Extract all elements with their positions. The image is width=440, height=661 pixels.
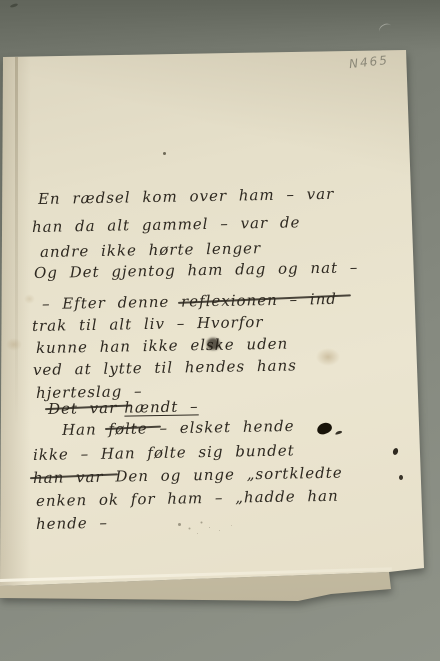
line-text: hende – xyxy=(36,514,108,533)
line-text: han da alt gammel – var de xyxy=(32,213,301,236)
pencil-scribble xyxy=(178,523,181,526)
line-text: – elsket hende xyxy=(148,417,295,438)
handwritten-line: Han følte – elsket hende xyxy=(62,417,295,439)
struck-text: Det var xyxy=(48,399,118,418)
handwritten-line: – Efter denne reflexionen – ind xyxy=(42,290,337,313)
paper-stain xyxy=(6,338,22,351)
line-text: – Efter denne xyxy=(42,293,181,313)
manuscript-page: N465 En rædsel kom over ham – var han da… xyxy=(0,0,440,661)
ink-dot xyxy=(392,447,399,455)
line-text: uden xyxy=(235,335,289,354)
handwritten-line: han da alt gammel – var de xyxy=(32,213,301,236)
line-text: En rædsel kom over ham – var xyxy=(38,185,335,208)
handwritten-line: han var Den og unge „sortkledte xyxy=(33,464,343,487)
handwritten-line: kunne han ikke elske uden xyxy=(36,335,289,357)
line-text: kunne han ikke xyxy=(36,336,191,357)
handwritten-line: andre ikke hørte lenger xyxy=(40,239,261,261)
line-text: ikke – Han følte sig bundet xyxy=(33,441,295,464)
handwritten-line: hende – xyxy=(36,514,108,533)
manuscript-photograph: N465 En rædsel kom over ham – var han da… xyxy=(0,0,440,661)
line-text: Og Det gjentog ham dag og nat – xyxy=(34,258,359,282)
handwritten-line: Det varhændt – xyxy=(48,397,199,418)
line-text: ved at lytte til hendes hans xyxy=(33,356,297,379)
line-text: Den og unge „sortkledte xyxy=(103,464,342,486)
handwritten-line: ved at lytte til hendes hans xyxy=(33,356,297,379)
struck-text: følte xyxy=(108,420,148,439)
handwritten-line: Og Det gjentog ham dag og nat – xyxy=(34,258,359,282)
fold-crease xyxy=(15,57,18,427)
line-text: trak til alt liv – Hvorfor xyxy=(32,313,264,335)
ink-blot xyxy=(316,422,333,436)
handwritten-line: ikke – Han følte sig bundet xyxy=(33,441,295,464)
blotted-text: elske xyxy=(190,336,235,355)
ink-dot xyxy=(399,475,403,480)
paper-stack: N465 En rædsel kom over ham – var han da… xyxy=(0,0,440,661)
struck-text: han var xyxy=(33,468,104,487)
catalog-number: N465 xyxy=(348,53,389,71)
paper-stain xyxy=(24,294,35,304)
line-text: andre ikke hørte lenger xyxy=(40,239,261,261)
struck-text: reflexionen – ind xyxy=(181,290,337,311)
handwritten-line: enken ok for ham – „hadde han xyxy=(36,487,339,510)
line-text: enken ok for ham – „hadde han xyxy=(36,487,339,510)
underlined-text: hændt – xyxy=(124,397,199,416)
paper-speck xyxy=(163,152,166,155)
handwritten-line: trak til alt liv – Hvorfor xyxy=(32,313,264,335)
handwritten-line: En rædsel kom over ham – var xyxy=(38,185,335,208)
line-text: Han xyxy=(62,420,109,439)
paper-stain xyxy=(316,348,340,366)
